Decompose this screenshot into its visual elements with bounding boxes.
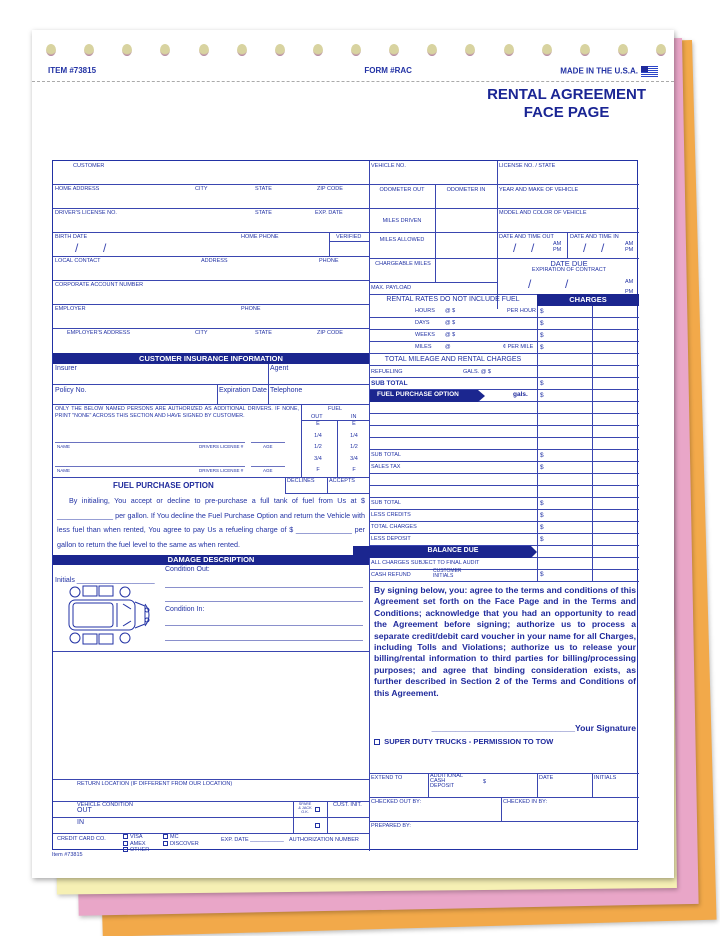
- sub-total-label: SUB TOTAL: [371, 380, 408, 387]
- sub-total-2-label: SUB TOTAL: [371, 452, 401, 458]
- rate-days-label: DAYS: [415, 320, 430, 326]
- discover-checkbox[interactable]: DISCOVER: [163, 841, 199, 848]
- fuel-in-3-4[interactable]: 3/4: [339, 456, 369, 462]
- less-deposit-label: LESS DEPOSIT: [371, 536, 411, 542]
- year-make-label: YEAR AND MAKE OF VEHICLE: [499, 187, 578, 193]
- charge-dollar: $: [540, 392, 544, 399]
- home-address-label: HOME ADDRESS: [55, 186, 99, 192]
- total-mileage-label: TOTAL MILEAGE AND RENTAL CHARGES: [369, 356, 537, 363]
- expiration-label: EXPIRATION OF CONTRACT: [499, 267, 639, 273]
- sub-total-3-label: SUB TOTAL: [371, 500, 401, 506]
- rate-dollar: $: [540, 308, 544, 315]
- declines-box[interactable]: DECLINES: [287, 478, 315, 484]
- vehicle-no-label: VEHICLE NO.: [371, 163, 406, 169]
- authorization-number-label: AUTHORIZATION NUMBER: [289, 837, 359, 843]
- fuel-out-3-4[interactable]: 3/4: [303, 456, 333, 462]
- vehicle-diagram-icon[interactable]: [65, 584, 157, 646]
- exp-date-field[interactable]: EXP. DATE ___________: [221, 837, 284, 843]
- birth-date-label: BIRTH DATE: [55, 234, 87, 240]
- fuel-in-1-2[interactable]: 1/2: [339, 444, 369, 450]
- fuel-in-E[interactable]: E: [339, 421, 369, 427]
- charge-dollar: $: [540, 380, 544, 387]
- form-header: ITEM #73815 FORM #RAC MADE IN THE U.S.A.: [48, 66, 658, 77]
- fuel-out-F[interactable]: F: [303, 467, 333, 473]
- cash-refund-dollar: $: [540, 571, 544, 578]
- cust-init-label: CUST. INIT.: [333, 802, 362, 808]
- employer-phone-label: PHONE: [241, 306, 261, 312]
- miles-driven-label: MILES DRIVEN: [373, 218, 431, 224]
- model-color-label: MODEL AND COLOR OF VEHICLE: [499, 210, 587, 216]
- accepts-box[interactable]: ACCEPTS: [329, 478, 355, 484]
- charge-dollar: $: [540, 524, 544, 531]
- date-time-in-label: DATE AND TIME IN: [570, 234, 619, 240]
- spare-jack-in-checkbox[interactable]: [315, 823, 320, 828]
- employer-state-label: STATE: [255, 330, 272, 336]
- rate-dollar: $: [540, 344, 544, 351]
- page-title: RENTAL AGREEMENT FACE PAGE: [487, 86, 646, 122]
- form-sheet: ITEM #73815 FORM #RAC MADE IN THE U.S.A.…: [32, 30, 674, 878]
- other-checkbox[interactable]: OTHER: [123, 847, 149, 854]
- return-location-label: RETURN LOCATION (IF DIFFERENT FROM OUR L…: [77, 781, 232, 787]
- rate-suffix: ¢ PER MILE: [503, 344, 533, 350]
- employer-zip-label: ZIP CODE: [317, 330, 343, 336]
- expiration-date-label: Expiration Date: [219, 387, 267, 394]
- condition-out-label: Condition Out:: [165, 566, 210, 573]
- odometer-in-label: ODOMETER IN: [439, 187, 493, 193]
- fuel-in-F[interactable]: F: [339, 467, 369, 473]
- rate-hours-label: HOURS: [415, 308, 435, 314]
- driver1-license-label: DRIVERS LICENSE #: [199, 444, 243, 449]
- checked-in-by-label: CHECKED IN BY:: [503, 799, 547, 805]
- state-label: STATE: [255, 186, 272, 192]
- initials-label-bottom: INITIALS: [594, 775, 616, 781]
- charge-dollar: $: [540, 512, 544, 519]
- customer-initials-label: CUSTOMER INITIALS: [433, 569, 463, 579]
- fuel-purchase-option-title: FUEL PURCHASE OPTION: [113, 481, 214, 490]
- employer-city-label: CITY: [195, 330, 208, 336]
- fuel-purchase-option-text: By initialing, You accept or decline to …: [57, 494, 365, 552]
- rate-suffix: PER HOUR: [507, 308, 536, 314]
- rate-dollar: $: [540, 320, 544, 327]
- driver1-age-label: AGE: [263, 444, 273, 449]
- exp-date-label: EXP. DATE: [315, 210, 343, 216]
- signature-line[interactable]: ______________________________Your Signa…: [374, 723, 636, 733]
- out-ampm: AMPM: [553, 241, 561, 253]
- refueling-label: REFUELING: [371, 369, 402, 375]
- prepared-by-label: PREPARED BY:: [371, 823, 411, 829]
- condition-in-row: IN: [77, 819, 84, 826]
- permission-to-tow-checkbox[interactable]: [374, 739, 380, 745]
- date-time-out-label: DATE AND TIME OUT: [499, 234, 554, 240]
- date-label: DATE: [539, 775, 553, 781]
- us-flag-icon: [641, 66, 658, 77]
- checked-out-by-label: CHECKED OUT BY:: [371, 799, 421, 805]
- charge-dollar: $: [540, 464, 544, 471]
- rate-weeks-label: WEEKS: [415, 332, 435, 338]
- additional-drivers-notice: ONLY THE BELOW NAMED PERSONS ARE AUTHORI…: [55, 406, 299, 420]
- driver1-name-label: NAME: [57, 444, 70, 449]
- fuel-out-1-2[interactable]: 1/2: [303, 444, 333, 450]
- city-label: CITY: [195, 186, 208, 192]
- chargeable-miles-label: CHARGEABLE MILES: [375, 261, 431, 267]
- license-state-label: LICENSE NO. / STATE: [499, 163, 555, 169]
- total-charges-label: TOTAL CHARGES: [371, 524, 417, 530]
- insurer-label: Insurer: [55, 365, 77, 372]
- rental-rates-header: RENTAL RATES DO NOT INCLUDE FUEL: [369, 296, 537, 303]
- charge-dollar: $: [540, 500, 544, 507]
- credit-card-co-label: CREDIT CARD CO.: [57, 836, 106, 842]
- fuel-option-banner-text: FUEL PURCHASE OPTION: [377, 391, 459, 398]
- rate-dollar: $: [540, 332, 544, 339]
- miles-allowed-label: MILES ALLOWED: [379, 237, 425, 243]
- rate-at: @ $: [445, 332, 455, 338]
- driver2-license-label: DRIVERS LICENSE #: [199, 468, 243, 473]
- spare-jack-label: SPARE & JACK O.K.: [297, 802, 313, 814]
- phone-label: PHONE: [319, 258, 339, 264]
- rate-miles-label: MILES: [415, 344, 432, 350]
- gals-label: gals.: [513, 391, 528, 398]
- insurance-header: CUSTOMER INSURANCE INFORMATION: [53, 353, 369, 364]
- corporate-account-label: CORPORATE ACCOUNT NUMBER: [55, 282, 143, 288]
- drivers-license-label: DRIVER'S LICENSE NO.: [55, 210, 117, 216]
- gals-at-label: GALS. @ $: [463, 369, 491, 375]
- driver2-name-label: NAME: [57, 468, 70, 473]
- charge-dollar: $: [540, 452, 544, 459]
- odometer-out-label: ODOMETER OUT: [373, 187, 431, 193]
- charges-header: CHARGES: [537, 294, 639, 306]
- dl-state-label: STATE: [255, 210, 272, 216]
- in-ampm: AMPM: [625, 241, 633, 253]
- footer-item-number: Item #73815: [52, 852, 83, 858]
- balance-due-label: BALANCE DUE: [369, 547, 537, 554]
- agent-label: Agent: [270, 365, 288, 372]
- permission-to-tow[interactable]: SUPER DUTY TRUCKS - PERMISSION TO TOW: [374, 737, 553, 746]
- rate-at: @: [445, 344, 451, 350]
- policy-no-label: Policy No.: [55, 387, 87, 394]
- final-audit-label: ALL CHARGES SUBJECT TO FINAL AUDIT: [371, 560, 479, 566]
- sales-tax-label: SALES TAX: [371, 464, 400, 470]
- card-options-col2: MC DISCOVER: [163, 834, 199, 847]
- rate-at: @ $: [445, 320, 455, 326]
- local-contact-label: LOCAL CONTACT: [55, 258, 101, 264]
- address-label: ADDRESS: [201, 258, 228, 264]
- card-options-col1: VISA AMEX OTHER: [123, 834, 149, 854]
- employers-address-label: EMPLOYER'S ADDRESS: [67, 330, 130, 336]
- additional-deposit-dollar: $: [483, 779, 486, 785]
- agreement-text: By signing below, you: agree to the term…: [374, 585, 636, 699]
- form-number: FORM #RAC: [364, 66, 412, 77]
- zip-label: ZIP CODE: [317, 186, 343, 192]
- max-payload-label: MAX. PAYLOAD: [371, 285, 411, 291]
- home-phone-label: HOME PHONE: [241, 234, 279, 240]
- verified-label: VERIFIED: [336, 234, 361, 240]
- spare-jack-out-checkbox[interactable]: [315, 807, 320, 812]
- customer-label: CUSTOMER: [73, 163, 104, 169]
- driver2-age-label: AGE: [263, 468, 273, 473]
- extend-to-label: EXTEND TO: [371, 775, 402, 781]
- rate-at: @ $: [445, 308, 455, 314]
- cash-refund-label: CASH REFUND: [371, 572, 411, 578]
- less-credits-label: LESS CREDITS: [371, 512, 411, 518]
- employer-label: EMPLOYER: [55, 306, 86, 312]
- binding-holes: [46, 44, 666, 58]
- perforation-line: [32, 81, 674, 82]
- fuel-out-1-4[interactable]: 1/4: [303, 433, 333, 439]
- condition-out-row: OUT: [77, 807, 92, 814]
- made-in-usa: MADE IN THE U.S.A.: [560, 66, 658, 77]
- item-number: ITEM #73815: [48, 66, 96, 77]
- condition-in-label: Condition In:: [165, 606, 204, 613]
- fuel-label: FUEL: [328, 406, 342, 412]
- damage-description-header: DAMAGE DESCRIPTION: [53, 555, 369, 565]
- fuel-in-1-4[interactable]: 1/4: [339, 433, 369, 439]
- telephone-label: Telephone: [270, 387, 302, 394]
- fuel-out-E[interactable]: E: [303, 421, 333, 427]
- initials-label: Initials ____________________: [55, 577, 155, 584]
- charge-dollar: $: [540, 536, 544, 543]
- rental-form: CUSTOMER HOME ADDRESS CITY STATE ZIP COD…: [52, 160, 638, 850]
- additional-cash-deposit-label: ADDITIONAL CASH DEPOSIT: [430, 774, 470, 789]
